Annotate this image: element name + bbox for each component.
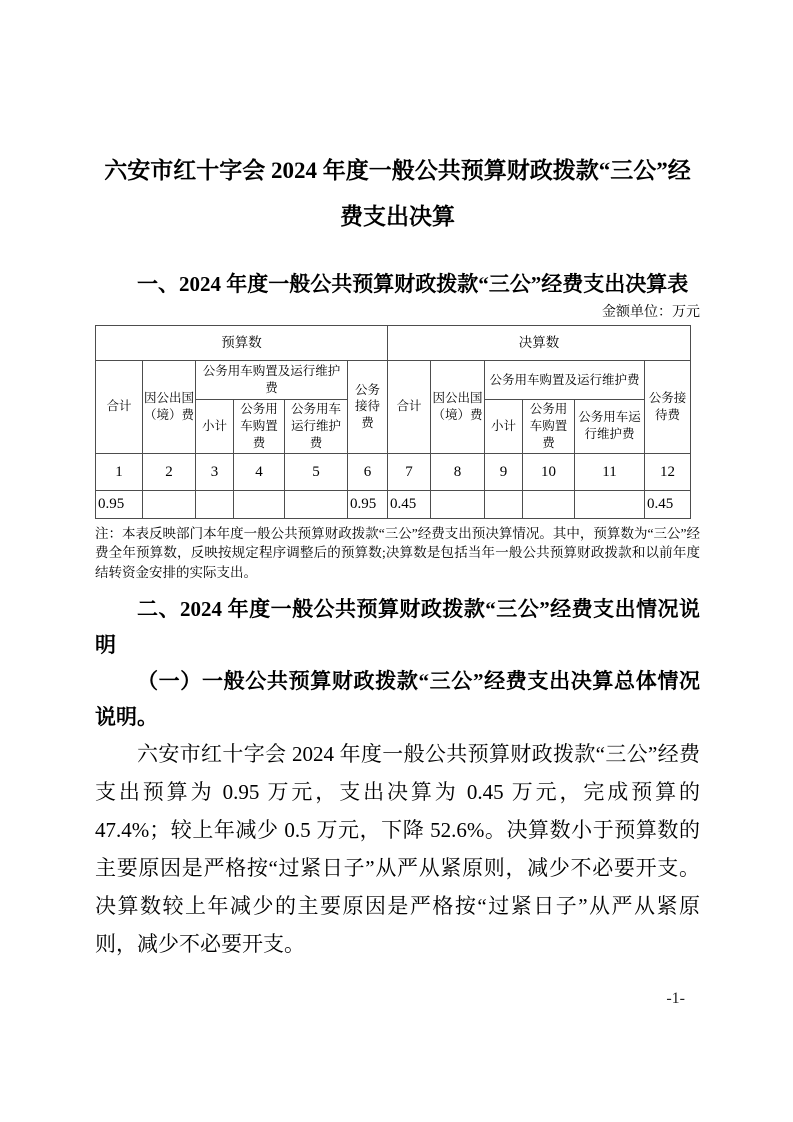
- sangong-expense-table: 预算数 决算数 合计 因公出国（境）费 公务用车购置及运行维护费 公务接待费 合…: [95, 325, 691, 519]
- final-vehicle-group-header: 公务用车购置及运行维护费: [485, 361, 645, 400]
- final-total-value: 0.45: [388, 490, 431, 518]
- unit-label: 金额单位：万元: [95, 304, 700, 322]
- budget-vehicle-operation-value: [285, 490, 348, 518]
- column-index-cell: 3: [196, 453, 234, 490]
- column-index-cell: 12: [645, 453, 691, 490]
- final-reception-header: 公务接待费: [645, 361, 691, 454]
- budget-vehicle-subtotal-header: 小计: [196, 400, 234, 454]
- budget-vehicle-group-header: 公务用车购置及运行维护费: [196, 361, 348, 400]
- final-vehicle-purchase-value: [523, 490, 575, 518]
- final-vehicle-purchase-header: 公务用车购置费: [523, 400, 575, 454]
- final-vehicle-operation-header: 公务用车运行维护费: [575, 400, 645, 454]
- budget-abroad-value: [143, 490, 196, 518]
- budget-total-header: 合计: [96, 361, 143, 454]
- budget-vehicle-operation-header: 公务用车运行维护费: [285, 400, 348, 454]
- column-index-cell: 9: [485, 453, 523, 490]
- section1-heading: 一、2024 年度一般公共预算财政拨款“三公”经费支出决算表: [95, 266, 700, 302]
- budget-reception-value: 0.95: [348, 490, 388, 518]
- column-index-cell: 11: [575, 453, 645, 490]
- budget-total-value: 0.95: [96, 490, 143, 518]
- column-index-cell: 4: [234, 453, 285, 490]
- table-column-index-row: 1 2 3 4 5 6 7 8 9 10 11 12: [96, 453, 691, 490]
- column-index-cell: 10: [523, 453, 575, 490]
- document-page: 六安市红十字会 2024 年度一般公共预算财政拨款“三公”经费支出决算 一、20…: [0, 0, 793, 1122]
- page-number: -1-: [666, 988, 685, 1010]
- table-value-row: 0.95 0.95 0.45 0.45: [96, 490, 691, 518]
- column-index-cell: 1: [96, 453, 143, 490]
- section2-sub-heading: （一）一般公共预算财政拨款“三公”经费支出决算总体情况说明。: [95, 663, 700, 735]
- table-group-header-row: 预算数 决算数: [96, 326, 691, 361]
- column-index-cell: 8: [431, 453, 485, 490]
- budget-reception-header: 公务接待费: [348, 361, 388, 454]
- column-index-cell: 6: [348, 453, 388, 490]
- expenditure-paragraph: 六安市红十字会 2024 年度一般公共预算财政拨款“三公”经费支出预算为 0.9…: [95, 735, 700, 963]
- column-index-cell: 7: [388, 453, 431, 490]
- document-content: 六安市红十字会 2024 年度一般公共预算财政拨款“三公”经费支出决算 一、20…: [95, 0, 700, 963]
- section2-heading: 二、2024 年度一般公共预算财政拨款“三公”经费支出情况说明: [95, 591, 700, 663]
- final-abroad-value: [431, 490, 485, 518]
- final-abroad-header: 因公出国（境）费: [431, 361, 485, 454]
- final-group-header: 决算数: [388, 326, 691, 361]
- final-vehicle-subtotal-value: [485, 490, 523, 518]
- budget-vehicle-purchase-header: 公务用车购置费: [234, 400, 285, 454]
- final-vehicle-subtotal-header: 小计: [485, 400, 523, 454]
- budget-vehicle-purchase-value: [234, 490, 285, 518]
- column-index-cell: 2: [143, 453, 196, 490]
- table-note: 注：本表反映部门本年度一般公共预算财政拨款“三公”经费支出预决算情况。其中，预算…: [95, 524, 700, 583]
- final-reception-value: 0.45: [645, 490, 691, 518]
- budget-abroad-header: 因公出国（境）费: [143, 361, 196, 454]
- table-header-row: 合计 因公出国（境）费 公务用车购置及运行维护费 公务接待费 合计 因公出国（境…: [96, 361, 691, 400]
- column-index-cell: 5: [285, 453, 348, 490]
- budget-vehicle-subtotal-value: [196, 490, 234, 518]
- page-title: 六安市红十字会 2024 年度一般公共预算财政拨款“三公”经费支出决算: [95, 148, 700, 240]
- final-vehicle-operation-value: [575, 490, 645, 518]
- budget-group-header: 预算数: [96, 326, 388, 361]
- final-total-header: 合计: [388, 361, 431, 454]
